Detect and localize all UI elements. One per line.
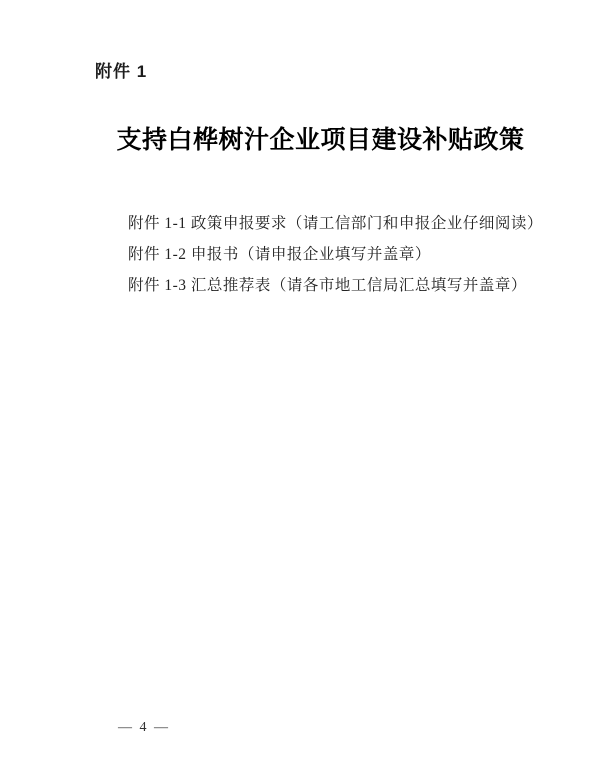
- attachment-list: 附件 1-1 政策申报要求（请工信部门和申报企业仔细阅读） 附件 1-2 申报书…: [128, 209, 543, 301]
- list-item: 附件 1-3 汇总推荐表（请各市地工信局汇总填写并盖章）: [128, 271, 543, 302]
- attachment-label: 附件 1: [95, 57, 147, 82]
- page-title: 支持白桦树汁企业项目建设补贴政策: [42, 120, 599, 156]
- page-number: — 4 —: [118, 720, 170, 736]
- document-page: 附件 1 支持白桦树汁企业项目建设补贴政策 附件 1-1 政策申报要求（请工信部…: [0, 0, 599, 783]
- list-item: 附件 1-1 政策申报要求（请工信部门和申报企业仔细阅读）: [128, 209, 543, 240]
- list-item: 附件 1-2 申报书（请申报企业填写并盖章）: [128, 240, 543, 271]
